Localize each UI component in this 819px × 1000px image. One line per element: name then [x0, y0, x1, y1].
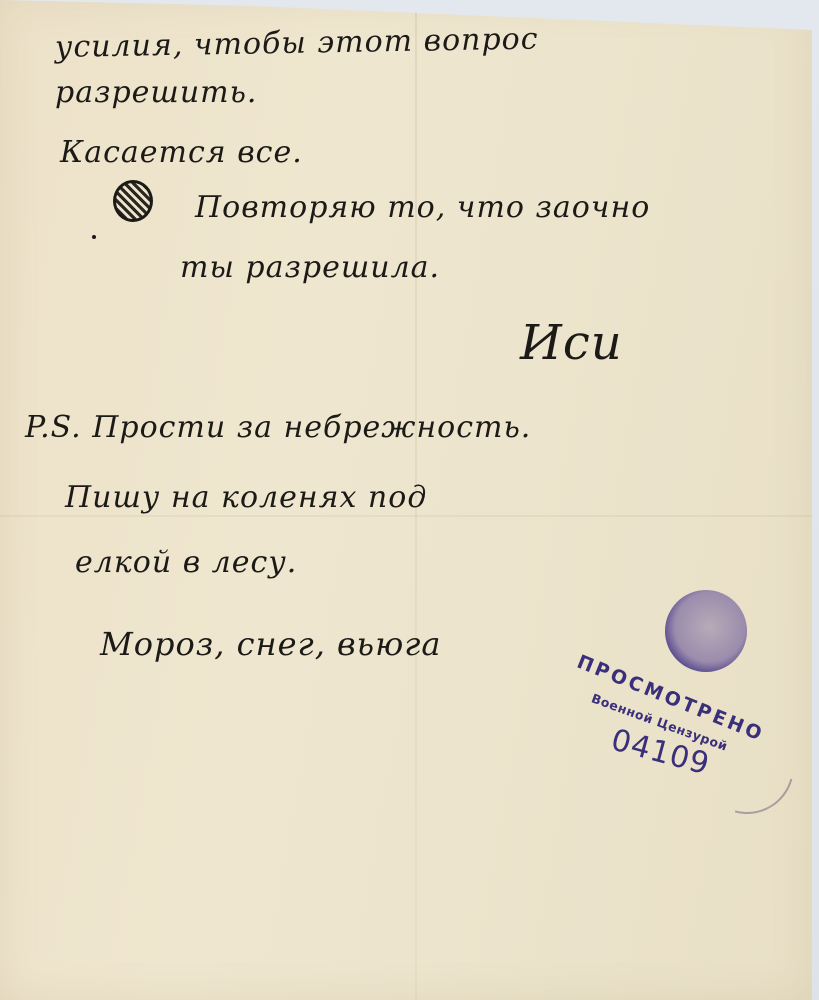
handwritten-line-1: усилия, чтобы этот вопрос [55, 22, 539, 65]
signature: Иси [520, 315, 623, 371]
handwritten-postscript-line-4: Мороз, снег, вьюга [100, 625, 442, 663]
crossed-out-scribble-icon [113, 180, 153, 222]
round-seal-stamp-icon [665, 590, 747, 672]
handwritten-line-5: ты разрешила. [180, 250, 440, 285]
handwritten-line-2: разрешить. [55, 75, 257, 110]
letter-paper: усилия, чтобы этот вопрос разрешить. Кас… [0, 0, 812, 1000]
ink-dot [92, 235, 96, 239]
handwritten-line-4: Повторяю то, что заочно [195, 190, 650, 225]
handwritten-line-3: Касается все. [60, 135, 303, 170]
horizontal-fold-line [0, 515, 812, 517]
handwritten-postscript-line-2: Пишу на коленях под [65, 480, 427, 515]
handwritten-postscript-line-3: елкой в лесу. [75, 545, 297, 580]
handwritten-postscript-line-1: P.S. Прости за небрежность. [25, 410, 531, 445]
